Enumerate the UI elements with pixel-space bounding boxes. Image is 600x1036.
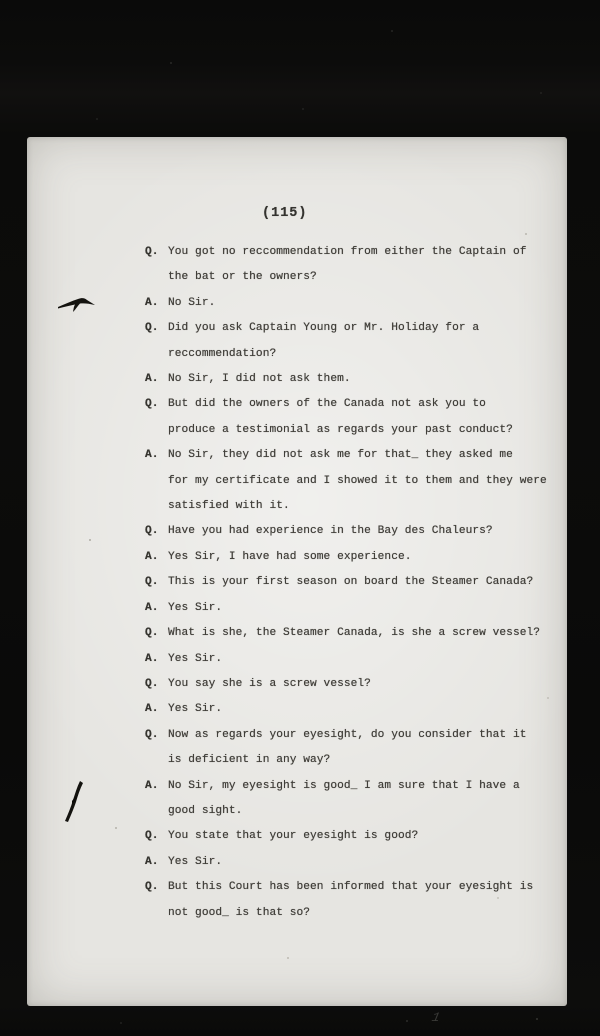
- transcript-line: No Sir.: [168, 291, 569, 316]
- transcript-text: Yes Sir.: [168, 647, 569, 672]
- film-frame-digit: 1: [430, 1010, 441, 1025]
- transcript-line: You say she is a screw vessel?: [168, 672, 569, 697]
- transcript-item: Q.This is your first season on board the…: [145, 570, 569, 595]
- transcript-item: Q.But did the owners of the Canada not a…: [145, 392, 569, 443]
- transcript-item: A.Yes Sir.: [145, 697, 569, 722]
- ink-blot-icon: [57, 291, 97, 317]
- transcript-line: But did the owners of the Canada not ask…: [168, 392, 569, 417]
- speaker-label: Q.: [145, 392, 168, 417]
- transcript-item: Q.Now as regards your eyesight, do you c…: [145, 723, 569, 774]
- paper-specks: [27, 137, 29, 139]
- transcript-line: Yes Sir, I have had some experience.: [168, 545, 569, 570]
- transcript-line: This is your first season on board the S…: [168, 570, 569, 595]
- ink-slash-icon: [63, 779, 85, 823]
- speaker-label: A.: [145, 291, 168, 316]
- transcript: Q.You got no reccommendation from either…: [145, 240, 569, 926]
- transcript-text: Now as regards your eyesight, do you con…: [168, 723, 569, 774]
- transcript-item: Q.But this Court has been informed that …: [145, 875, 569, 926]
- transcript-text: What is she, the Steamer Canada, is she …: [168, 621, 569, 646]
- transcript-line: What is she, the Steamer Canada, is she …: [168, 621, 569, 646]
- transcript-item: A.Yes Sir.: [145, 647, 569, 672]
- transcript-item: A.Yes Sir.: [145, 850, 569, 875]
- transcript-text: No Sir, I did not ask them.: [168, 367, 569, 392]
- speaker-label: A.: [145, 697, 168, 722]
- transcript-item: Q.Have you had experience in the Bay des…: [145, 519, 569, 544]
- transcript-line: Yes Sir.: [168, 697, 569, 722]
- transcript-text: Yes Sir.: [168, 596, 569, 621]
- transcript-line: satisfied with it.: [168, 494, 569, 519]
- transcript-text: But did the owners of the Canada not ask…: [168, 392, 569, 443]
- speaker-label: Q.: [145, 824, 168, 849]
- transcript-line: produce a testimonial as regards your pa…: [168, 418, 569, 443]
- transcript-line: No Sir, I did not ask them.: [168, 367, 569, 392]
- speaker-label: Q.: [145, 875, 168, 900]
- transcript-line: No Sir, they did not ask me for that_ th…: [168, 443, 569, 468]
- transcript-item: Q.You got no reccommendation from either…: [145, 240, 569, 291]
- speaker-label: A.: [145, 647, 168, 672]
- transcript-text: You got no reccommendation from either t…: [168, 240, 569, 291]
- transcript-item: Q.What is she, the Steamer Canada, is sh…: [145, 621, 569, 646]
- transcript-line: not good_ is that so?: [168, 901, 569, 926]
- transcript-text: Yes Sir.: [168, 850, 569, 875]
- transcript-line: is deficient in any way?: [168, 748, 569, 773]
- transcript-item: Q.You say she is a screw vessel?: [145, 672, 569, 697]
- transcript-item: A.No Sir, they did not ask me for that_ …: [145, 443, 569, 519]
- speaker-label: A.: [145, 443, 168, 468]
- transcript-item: A.No Sir, my eyesight is good_ I am sure…: [145, 774, 569, 825]
- transcript-text: Yes Sir.: [168, 697, 569, 722]
- transcript-line: Did you ask Captain Young or Mr. Holiday…: [168, 316, 569, 341]
- speaker-label: Q.: [145, 672, 168, 697]
- transcript-text: Have you had experience in the Bay des C…: [168, 519, 569, 544]
- transcript-line: Yes Sir.: [168, 850, 569, 875]
- transcript-text: No Sir.: [168, 291, 569, 316]
- page-number: (115): [262, 206, 308, 221]
- transcript-line: for my certificate and I showed it to th…: [168, 469, 569, 494]
- transcript-line: No Sir, my eyesight is good_ I am sure t…: [168, 774, 569, 799]
- transcript-text: No Sir, my eyesight is good_ I am sure t…: [168, 774, 569, 825]
- transcript-item: Q.You state that your eyesight is good?: [145, 824, 569, 849]
- transcript-text: Did you ask Captain Young or Mr. Holiday…: [168, 316, 569, 367]
- transcript-line: Yes Sir.: [168, 596, 569, 621]
- transcript-item: A.Yes Sir, I have had some experience.: [145, 545, 569, 570]
- transcript-line: the bat or the owners?: [168, 265, 569, 290]
- speaker-label: Q.: [145, 316, 168, 341]
- speaker-label: Q.: [145, 723, 168, 748]
- film-dust-specks: [0, 0, 2, 2]
- speaker-label: A.: [145, 596, 168, 621]
- transcript-text: But this Court has been informed that yo…: [168, 875, 569, 926]
- transcript-line: reccommendation?: [168, 342, 569, 367]
- transcript-item: A.No Sir, I did not ask them.: [145, 367, 569, 392]
- speaker-label: Q.: [145, 621, 168, 646]
- transcript-text: You state that your eyesight is good?: [168, 824, 569, 849]
- speaker-label: Q.: [145, 240, 168, 265]
- speaker-label: A.: [145, 850, 168, 875]
- transcript-item: A.Yes Sir.: [145, 596, 569, 621]
- speaker-label: A.: [145, 367, 168, 392]
- document-page: (115) Q.You got no reccommendation from …: [27, 137, 567, 1006]
- transcript-item: Q.Did you ask Captain Young or Mr. Holid…: [145, 316, 569, 367]
- transcript-text: You say she is a screw vessel?: [168, 672, 569, 697]
- film-frame: (115) Q.You got no reccommendation from …: [0, 0, 600, 1036]
- speaker-label: Q.: [145, 519, 168, 544]
- transcript-text: Yes Sir, I have had some experience.: [168, 545, 569, 570]
- transcript-line: Have you had experience in the Bay des C…: [168, 519, 569, 544]
- transcript-line: But this Court has been informed that yo…: [168, 875, 569, 900]
- transcript-line: Yes Sir.: [168, 647, 569, 672]
- speaker-label: Q.: [145, 570, 168, 595]
- speaker-label: A.: [145, 545, 168, 570]
- transcript-text: This is your first season on board the S…: [168, 570, 569, 595]
- transcript-line: good sight.: [168, 799, 569, 824]
- transcript-line: Now as regards your eyesight, do you con…: [168, 723, 569, 748]
- transcript-line: You got no reccommendation from either t…: [168, 240, 569, 265]
- transcript-text: No Sir, they did not ask me for that_ th…: [168, 443, 569, 519]
- transcript-item: A.No Sir.: [145, 291, 569, 316]
- transcript-line: You state that your eyesight is good?: [168, 824, 569, 849]
- speaker-label: A.: [145, 774, 168, 799]
